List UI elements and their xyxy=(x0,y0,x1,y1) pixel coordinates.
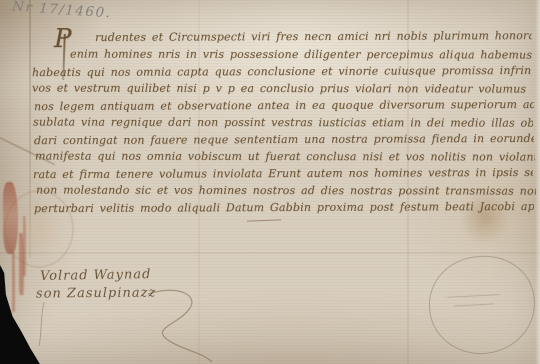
faint-scribble xyxy=(454,303,494,306)
manuscript-line: perturbari velitis modo aliquali Datum G… xyxy=(34,200,534,216)
manuscript-line: nos legem antiquam et observatione antea… xyxy=(34,98,534,114)
manuscript-line: rata et firma tenere volumus inviolata E… xyxy=(33,166,533,182)
manuscript-line: enim homines nris in vris possessione di… xyxy=(70,48,532,63)
manuscript-line: vos et vestrum quilibet nisi p v p ea co… xyxy=(32,81,532,96)
manuscript-line: manifesta qui nos omnia vobiscum ut fuer… xyxy=(35,149,535,164)
archive-number-note: Nr 17/1460. xyxy=(12,0,112,21)
manuscript-line: non molestando sic et vos homines nostro… xyxy=(36,183,536,198)
signature-flourish xyxy=(30,280,240,364)
wax-seal-residue xyxy=(3,182,18,254)
paper-edge-highlight xyxy=(535,0,540,364)
fold-crease-horizontal xyxy=(0,252,540,254)
faint-scribble xyxy=(448,294,500,298)
manuscript-line: sublata vina regnique dari non possint v… xyxy=(33,115,533,130)
manuscript-paper: Nr 17/1460. P rudentes et Circumspecti v… xyxy=(0,0,540,364)
manuscript-line: dari contingat non fauere neque sententi… xyxy=(34,132,534,148)
scanned-manuscript-view: Nr 17/1460. P rudentes et Circumspecti v… xyxy=(0,0,540,364)
manuscript-line: rudentes et Circumspecti viri fres necn … xyxy=(95,29,532,45)
ink-dash-mark xyxy=(247,219,281,221)
seal-impression-bottom-right xyxy=(427,253,538,356)
manuscript-line: habeatis qui nos omnia capta quas conclu… xyxy=(32,64,532,80)
